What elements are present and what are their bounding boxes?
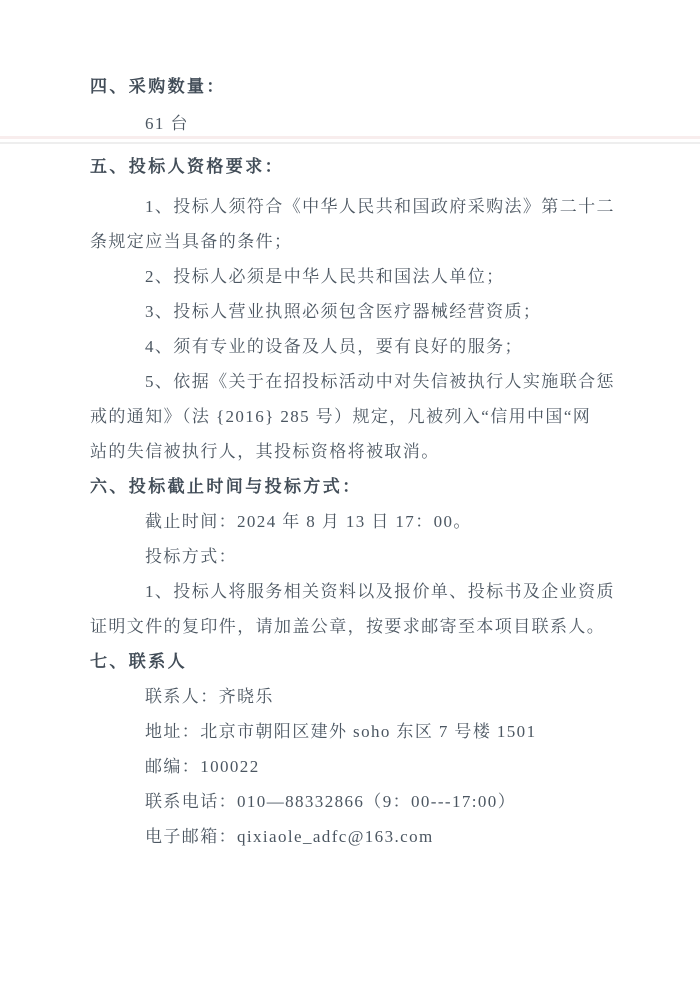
paragraph-line: 2、投标人必须是中华人民共和国法人单位；	[145, 259, 622, 294]
paragraph-line-address: 地址：北京市朝阳区建外 soho 东区 7 号楼 1501	[145, 714, 622, 749]
paragraph-line: 5、依据《关于在招投标活动中对失信被执行人实施联合惩	[145, 364, 622, 399]
paragraph-line: 3、投标人营业执照必须包含医疗器械经营资质；	[145, 294, 622, 329]
paragraph-line: 1、投标人须符合《中华人民共和国政府采购法》第二十二	[145, 189, 622, 224]
paragraph-line: 条规定应当具备的条件；	[90, 224, 622, 259]
document-page: 四、采购数量： 61 台 五、投标人资格要求： 1、投标人须符合《中华人民共和国…	[0, 0, 700, 990]
paragraph-line: 戒的通知》（法 {2016} 285 号）规定，凡被列入“信用中国“网	[90, 399, 622, 434]
paragraph-line-email: 电子邮箱：qixiaole_adfc@163.com	[145, 819, 622, 854]
paragraph-line-deadline: 截止时间：2024 年 8 月 13 日 17：00。	[145, 504, 622, 539]
section-heading-bidder-qualifications: 五、投标人资格要求：	[90, 149, 622, 184]
section-heading-contact: 七、联系人	[90, 644, 622, 679]
paragraph-line: 证明文件的复印件，请加盖公章，按要求邮寄至本项目联系人。	[90, 609, 622, 644]
paragraph-line: 1、投标人将服务相关资料以及报价单、投标书及企业资质	[145, 574, 622, 609]
section-heading-deadline-and-method: 六、投标截止时间与投标方式：	[90, 469, 622, 504]
paragraph-line-phone: 联系电话：010—88332866（9：00---17:00）	[145, 784, 622, 819]
paragraph-line-method-label: 投标方式：	[145, 539, 622, 574]
section-heading-procurement-quantity: 四、采购数量：	[90, 69, 622, 104]
paragraph-line-quantity-value: 61 台	[145, 106, 622, 141]
paragraph-line: 站的失信被执行人，其投标资格将被取消。	[90, 434, 622, 469]
paragraph-line: 4、须有专业的设备及人员，要有良好的服务；	[145, 329, 622, 364]
scan-artifact-line-gray	[0, 142, 700, 144]
paragraph-line-contact-name: 联系人：齐晓乐	[145, 679, 622, 714]
paragraph-line-postcode: 邮编：100022	[145, 749, 622, 784]
